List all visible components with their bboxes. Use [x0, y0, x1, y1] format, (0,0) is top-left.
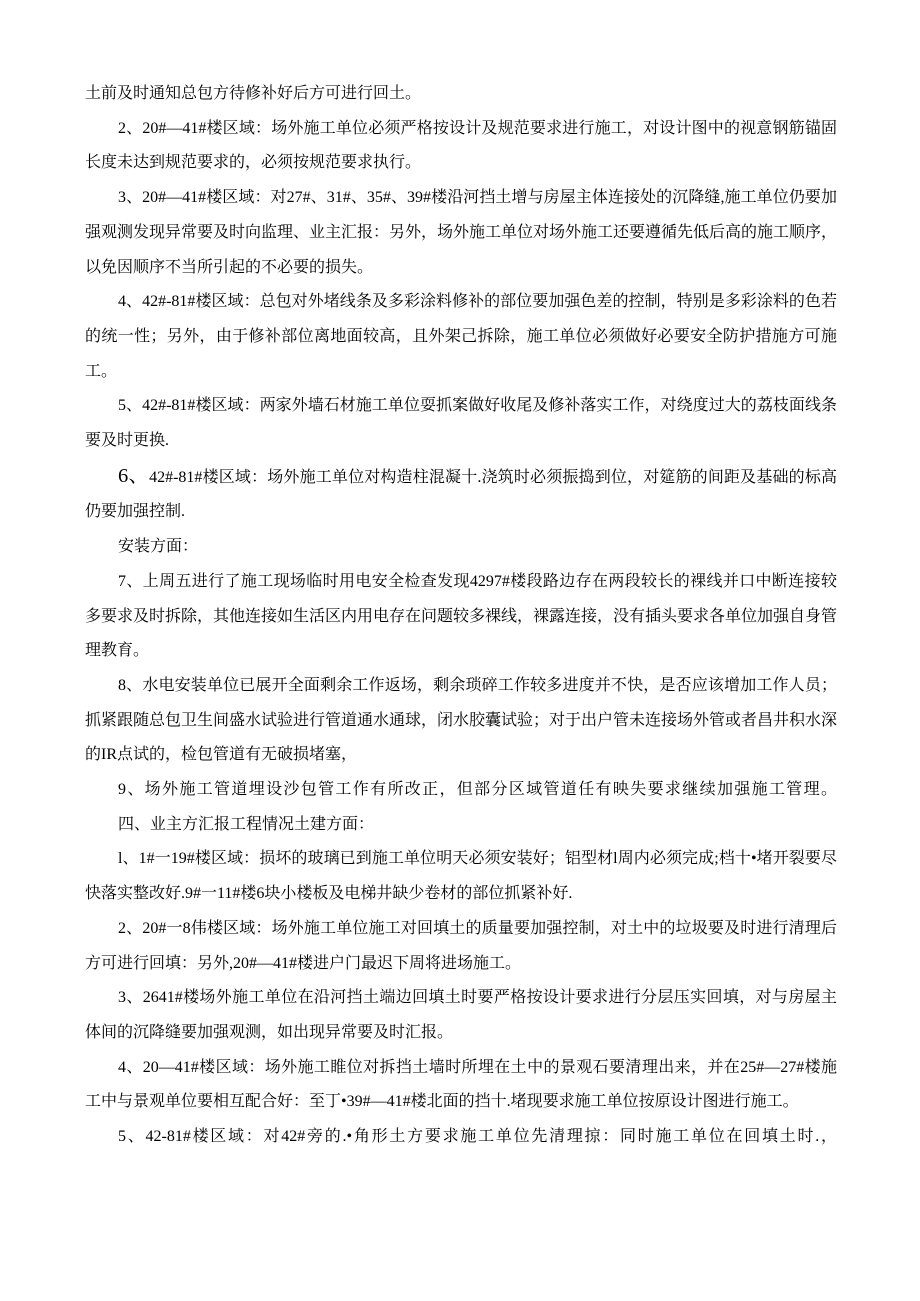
paragraph-item-3-area-20-41: 3、20#—41#楼区域：对27#、31#、35#、39#楼沿河挡土增与房屋主体… [85, 181, 837, 285]
item-6-number: 6、 [118, 465, 149, 487]
paragraph-item-2-area-20-41: 2、20#—41#楼区域：场外施工单位必须严格按设计及规范要求进行施工，对设计图… [85, 112, 837, 181]
document-page: 土前及时通知总包方待修补好后方可进行回土。 2、20#—41#楼区域：场外施工单… [0, 0, 920, 1301]
item-6-body: 42#-81#楼区域：场外施工单位对构造柱混凝十.浇筑时必须振捣到位，对筵筋的间… [85, 469, 837, 521]
paragraph-owner-item-2-area-20: 2、20#一8伟楼区域：场外施工单位施工对回填土的质量要加强控制，对土中的垃圾要… [85, 912, 837, 981]
paragraph-owner-item-4-area-20-41: 4、20—41#楼区域：场外施工睢位对拆挡土墙时所埋在土中的景观石要清理出来，并… [85, 1051, 837, 1120]
paragraph-item-5-area-42-81: 5、42#-81#楼区域：两家外墙石材施工单位耍抓案做好收尾及修补落实工作，对绕… [85, 389, 837, 458]
heading-section-4-owner-report: 四、业主方汇报工程情况土建方面： [85, 808, 837, 843]
paragraph-owner-item-3-area-2641: 3、2641#楼场外施工单位在沿河挡土端边回填土时要严格按设计要求进行分层压实回… [85, 981, 837, 1050]
paragraph-backfill-continuation: 土前及时通知总包方待修补好后方可进行回土。 [85, 77, 837, 112]
paragraph-item-9-pipeline: 9、场外施工管道埋设沙包管工作有所改正，但部分区域管道任有映失要求继续加强施工管… [85, 773, 837, 808]
paragraph-item-7-electrical-safety: 7、上周五进行了施工现场临时用电安全检查发现4297#楼段路边存在两段较长的裸线… [85, 565, 837, 669]
paragraph-item-8-plumbing-electrical: 8、水电安装单位已展开全面剩余工作返场，剩余琐碎工作较多进度并不快，是否应该增加… [85, 669, 837, 773]
paragraph-owner-item-1-area-1-19: l、1#一19#楼区域：损坏的玻璃已到施工单位明天必须安装好；铝型材l周内必须完… [85, 842, 837, 911]
paragraph-owner-item-5-area-42-81: 5、42-81#楼区域：对42#旁的.•角形土方要求施工单位先清理掠：同时施工单… [85, 1120, 837, 1155]
paragraph-item-6-area-42-81: 6、42#-81#楼区域：场外施工单位对构造柱混凝十.浇筑时必须振捣到位，对筵筋… [85, 459, 837, 530]
paragraph-item-4-area-42-81: 4、42#-81#楼区域：总包对外堵线条及多彩涂料修补的部位要加强色差的控制，特… [85, 285, 837, 389]
heading-installation-section: 安装方面： [85, 530, 837, 565]
